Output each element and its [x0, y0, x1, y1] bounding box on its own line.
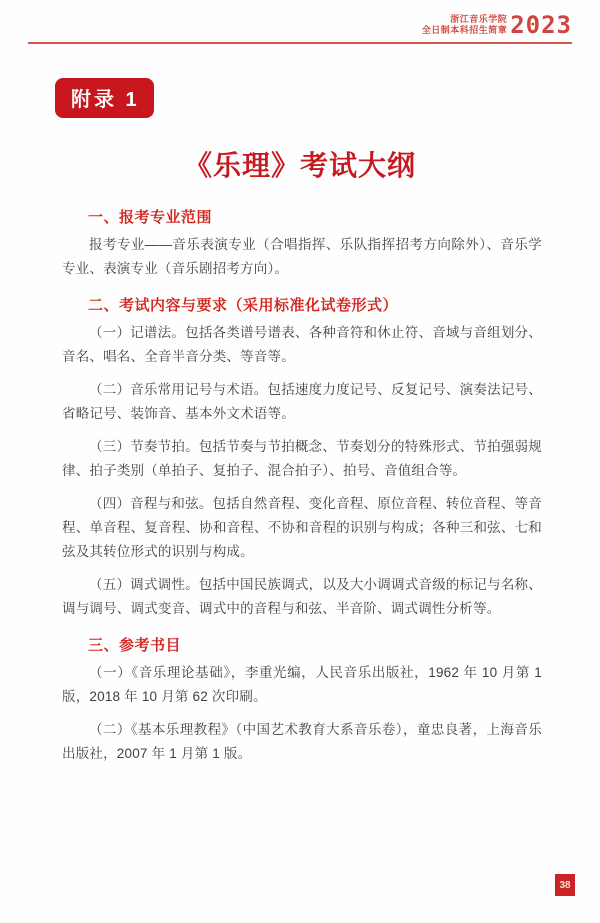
page-header: 浙江音乐学院 全日制本科招生简章 2023	[0, 0, 600, 44]
body-paragraph: 报考专业——音乐表演专业（合唱指挥、乐队指挥招考方向除外）、音乐学专业、表演专业…	[62, 233, 542, 281]
header-divider	[28, 42, 572, 44]
section-heading: 三、参考书目	[62, 634, 542, 655]
section-heading: 二、考试内容与要求（采用标准化试卷形式）	[62, 294, 542, 315]
body-paragraph: （五）调式调性。包括中国民族调式，以及大小调调式音级的标记与名称、调与调号、调式…	[62, 573, 542, 621]
header-brand-block: 浙江音乐学院 全日制本科招生简章 2023	[0, 0, 600, 37]
body-paragraph: （一）《音乐理论基础》，李重光编，人民音乐出版社，1962 年 10 月第 1 …	[62, 661, 542, 709]
header-brochure-title: 全日制本科招生简章	[422, 25, 508, 37]
body-paragraph: （四）音程与和弦。包括自然音程、变化音程、原位音程、转位音程、等音程、单音程、复…	[62, 492, 542, 564]
section-exam-scope: 一、报考专业范围 报考专业——音乐表演专业（合唱指挥、乐队指挥招考方向除外）、音…	[62, 206, 542, 281]
page-number-badge: 38	[555, 874, 575, 896]
header-org-name: 浙江音乐学院	[422, 14, 508, 26]
body-paragraph: （一）记谱法。包括各类谱号谱表、各种音符和休止符、音域与音组划分、音名、唱名、全…	[62, 321, 542, 369]
document-page: 浙江音乐学院 全日制本科招生简章 2023 附录 1 《乐理》考试大纲 一、报考…	[0, 0, 600, 923]
body-paragraph: （二）音乐常用记号与术语。包括速度力度记号、反复记号、演奏法记号、省略记号、装饰…	[62, 378, 542, 426]
appendix-badge: 附录 1	[55, 78, 154, 118]
document-body: 一、报考专业范围 报考专业——音乐表演专业（合唱指挥、乐队指挥招考方向除外）、音…	[62, 206, 542, 766]
header-org-lines: 浙江音乐学院 全日制本科招生简章	[422, 14, 508, 37]
header-year: 2023	[510, 13, 572, 37]
section-heading: 一、报考专业范围	[62, 206, 542, 227]
body-paragraph: （三）节奏节拍。包括节奏与节拍概念、节奏划分的特殊形式、节拍强弱规律、拍子类别（…	[62, 435, 542, 483]
section-exam-content: 二、考试内容与要求（采用标准化试卷形式） （一）记谱法。包括各类谱号谱表、各种音…	[62, 294, 542, 621]
section-reference-books: 三、参考书目 （一）《音乐理论基础》，李重光编，人民音乐出版社，1962 年 1…	[62, 634, 542, 766]
document-title: 《乐理》考试大纲	[0, 144, 600, 184]
body-paragraph: （二）《基本乐理教程》（中国艺术教育大系音乐卷），童忠良著，上海音乐出版社，20…	[62, 718, 542, 766]
